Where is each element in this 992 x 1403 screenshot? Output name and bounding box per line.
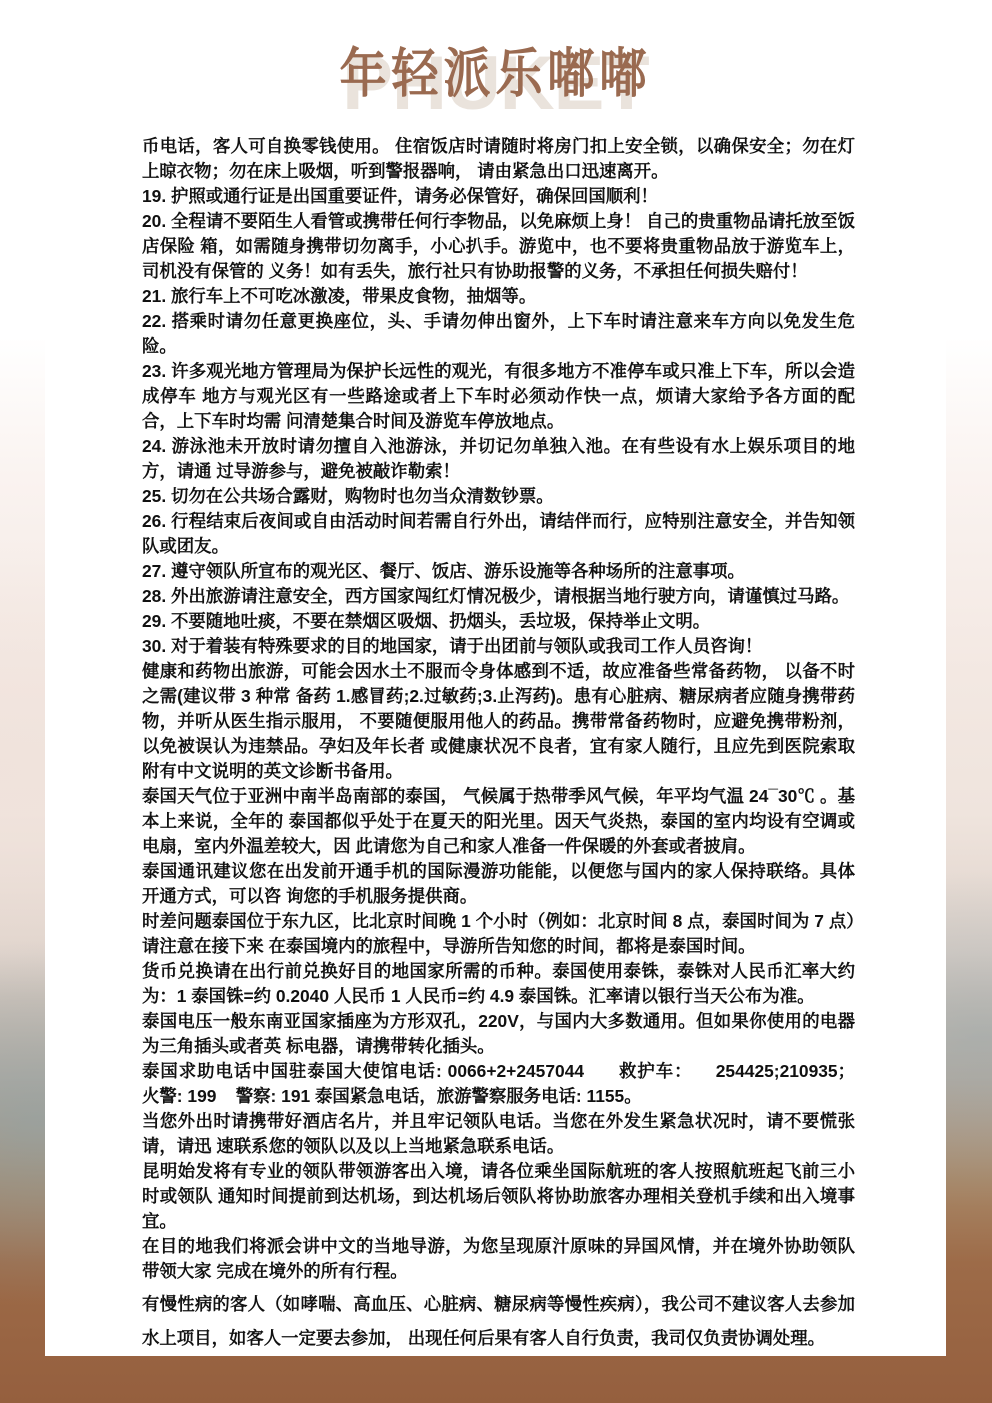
paragraph: 健康和药物出旅游，可能会因水土不服而令身体感到不适，故应准备些常备药物， 以备不… bbox=[142, 659, 855, 784]
paragraph: 25. 切勿在公共场合露财，购物时也勿当众清数钞票。 bbox=[142, 484, 855, 509]
paragraph: 24. 游泳池未开放时请勿擅自入池游泳，并切记勿单独入池。在有些设有水上娱乐项目… bbox=[142, 434, 855, 484]
paragraph: 当您外出时请携带好酒店名片，并且牢记领队电话。当您在外发生紧急状况时，请不要慌张… bbox=[142, 1109, 855, 1159]
paragraph: 昆明始发将有专业的领队带领游客出入境，请各位乘坐国际航班的客人按照航班起飞前三小… bbox=[142, 1159, 855, 1234]
paragraph: 19. 护照或通行证是出国重要证件，请务必保管好，确保回国顺利！ bbox=[142, 184, 855, 209]
paragraph: 21. 旅行车上不可吃冰激凌，带果皮食物，抽烟等。 bbox=[142, 284, 855, 309]
paragraph: 26. 行程结束后夜间或自由活动时间若需自行外出，请结伴而行，应特别注意安全，并… bbox=[142, 509, 855, 559]
paragraph: 泰国通讯建议您在出发前开通手机的国际漫游功能能，以便您与国内的家人保持联络。具体… bbox=[142, 859, 855, 909]
paragraph: 泰国天气位于亚洲中南半岛南部的泰国， 气候属于热带季风气候，年平均气温 24¯3… bbox=[142, 784, 855, 859]
page-title: 年轻派乐嘟嘟 bbox=[45, 40, 946, 109]
document-body: 币电话，客人可自换零钱使用。 住宿饭店时请随时将房门扣上安全锁，以确保安全；勿在… bbox=[142, 134, 855, 1355]
paragraph: 币电话，客人可自换零钱使用。 住宿饭店时请随时将房门扣上安全锁，以确保安全；勿在… bbox=[142, 134, 855, 184]
paragraph: 有慢性病的客人（如哮喘、高血压、心脏病、糖尿病等慢性疾病），我公司不建议客人去参… bbox=[142, 1287, 855, 1355]
paragraph: 20. 全程请不要陌生人看管或携带任何行李物品，以免麻烦上身！ 自己的贵重物品请… bbox=[142, 209, 855, 284]
paragraph: 28. 外出旅游请注意安全，西方国家闯红灯情况极少，请根据当地行驶方向，请谨慎过… bbox=[142, 584, 855, 609]
blurred-photo-background: PHUKET 年轻派乐嘟嘟 币电话，客人可自换零钱使用。 住宿饭店时请随时将房门… bbox=[0, 0, 992, 1403]
document-page: PHUKET 年轻派乐嘟嘟 币电话，客人可自换零钱使用。 住宿饭店时请随时将房门… bbox=[45, 0, 946, 1356]
paragraph: 货币兑换请在出行前兑换好目的地国家所需的币种。泰国使用泰铢，泰铢对人民币汇率大约… bbox=[142, 959, 855, 1009]
paragraph: 29. 不要随地吐痰，不要在禁烟区吸烟、扔烟头，丢垃圾，保持举止文明。 bbox=[142, 609, 855, 634]
paragraph: 30. 对于着装有特殊要求的目的地国家，请于出团前与领队或我司工作人员咨询！ bbox=[142, 634, 855, 659]
paragraph: 22. 搭乘时请勿任意更换座位，头、手请勿伸出窗外，上下车时请注意来车方向以免发… bbox=[142, 309, 855, 359]
paragraph: 泰国求助电话中国驻泰国大使馆电话: 0066+2+2457044 救护车： 25… bbox=[142, 1059, 855, 1109]
paragraph: 23. 许多观光地方管理局为保护长远性的观光，有很多地方不准停车或只准上下车，所… bbox=[142, 359, 855, 434]
paragraph: 时差问题泰国位于东九区，比北京时间晚 1 个小时（例如：北京时间 8 点，泰国时… bbox=[142, 909, 855, 959]
paragraph: 泰国电压一般东南亚国家插座为方形双孔，220V，与国内大多数通用。但如果你使用的… bbox=[142, 1009, 855, 1059]
paragraph: 在目的地我们将派会讲中文的当地导游，为您呈现原汁原味的异国风情，并在境外协助领队… bbox=[142, 1234, 855, 1284]
document-header: PHUKET 年轻派乐嘟嘟 bbox=[45, 40, 946, 120]
paragraph: 27. 遵守领队所宣布的观光区、餐厅、饭店、游乐设施等各种场所的注意事项。 bbox=[142, 559, 855, 584]
